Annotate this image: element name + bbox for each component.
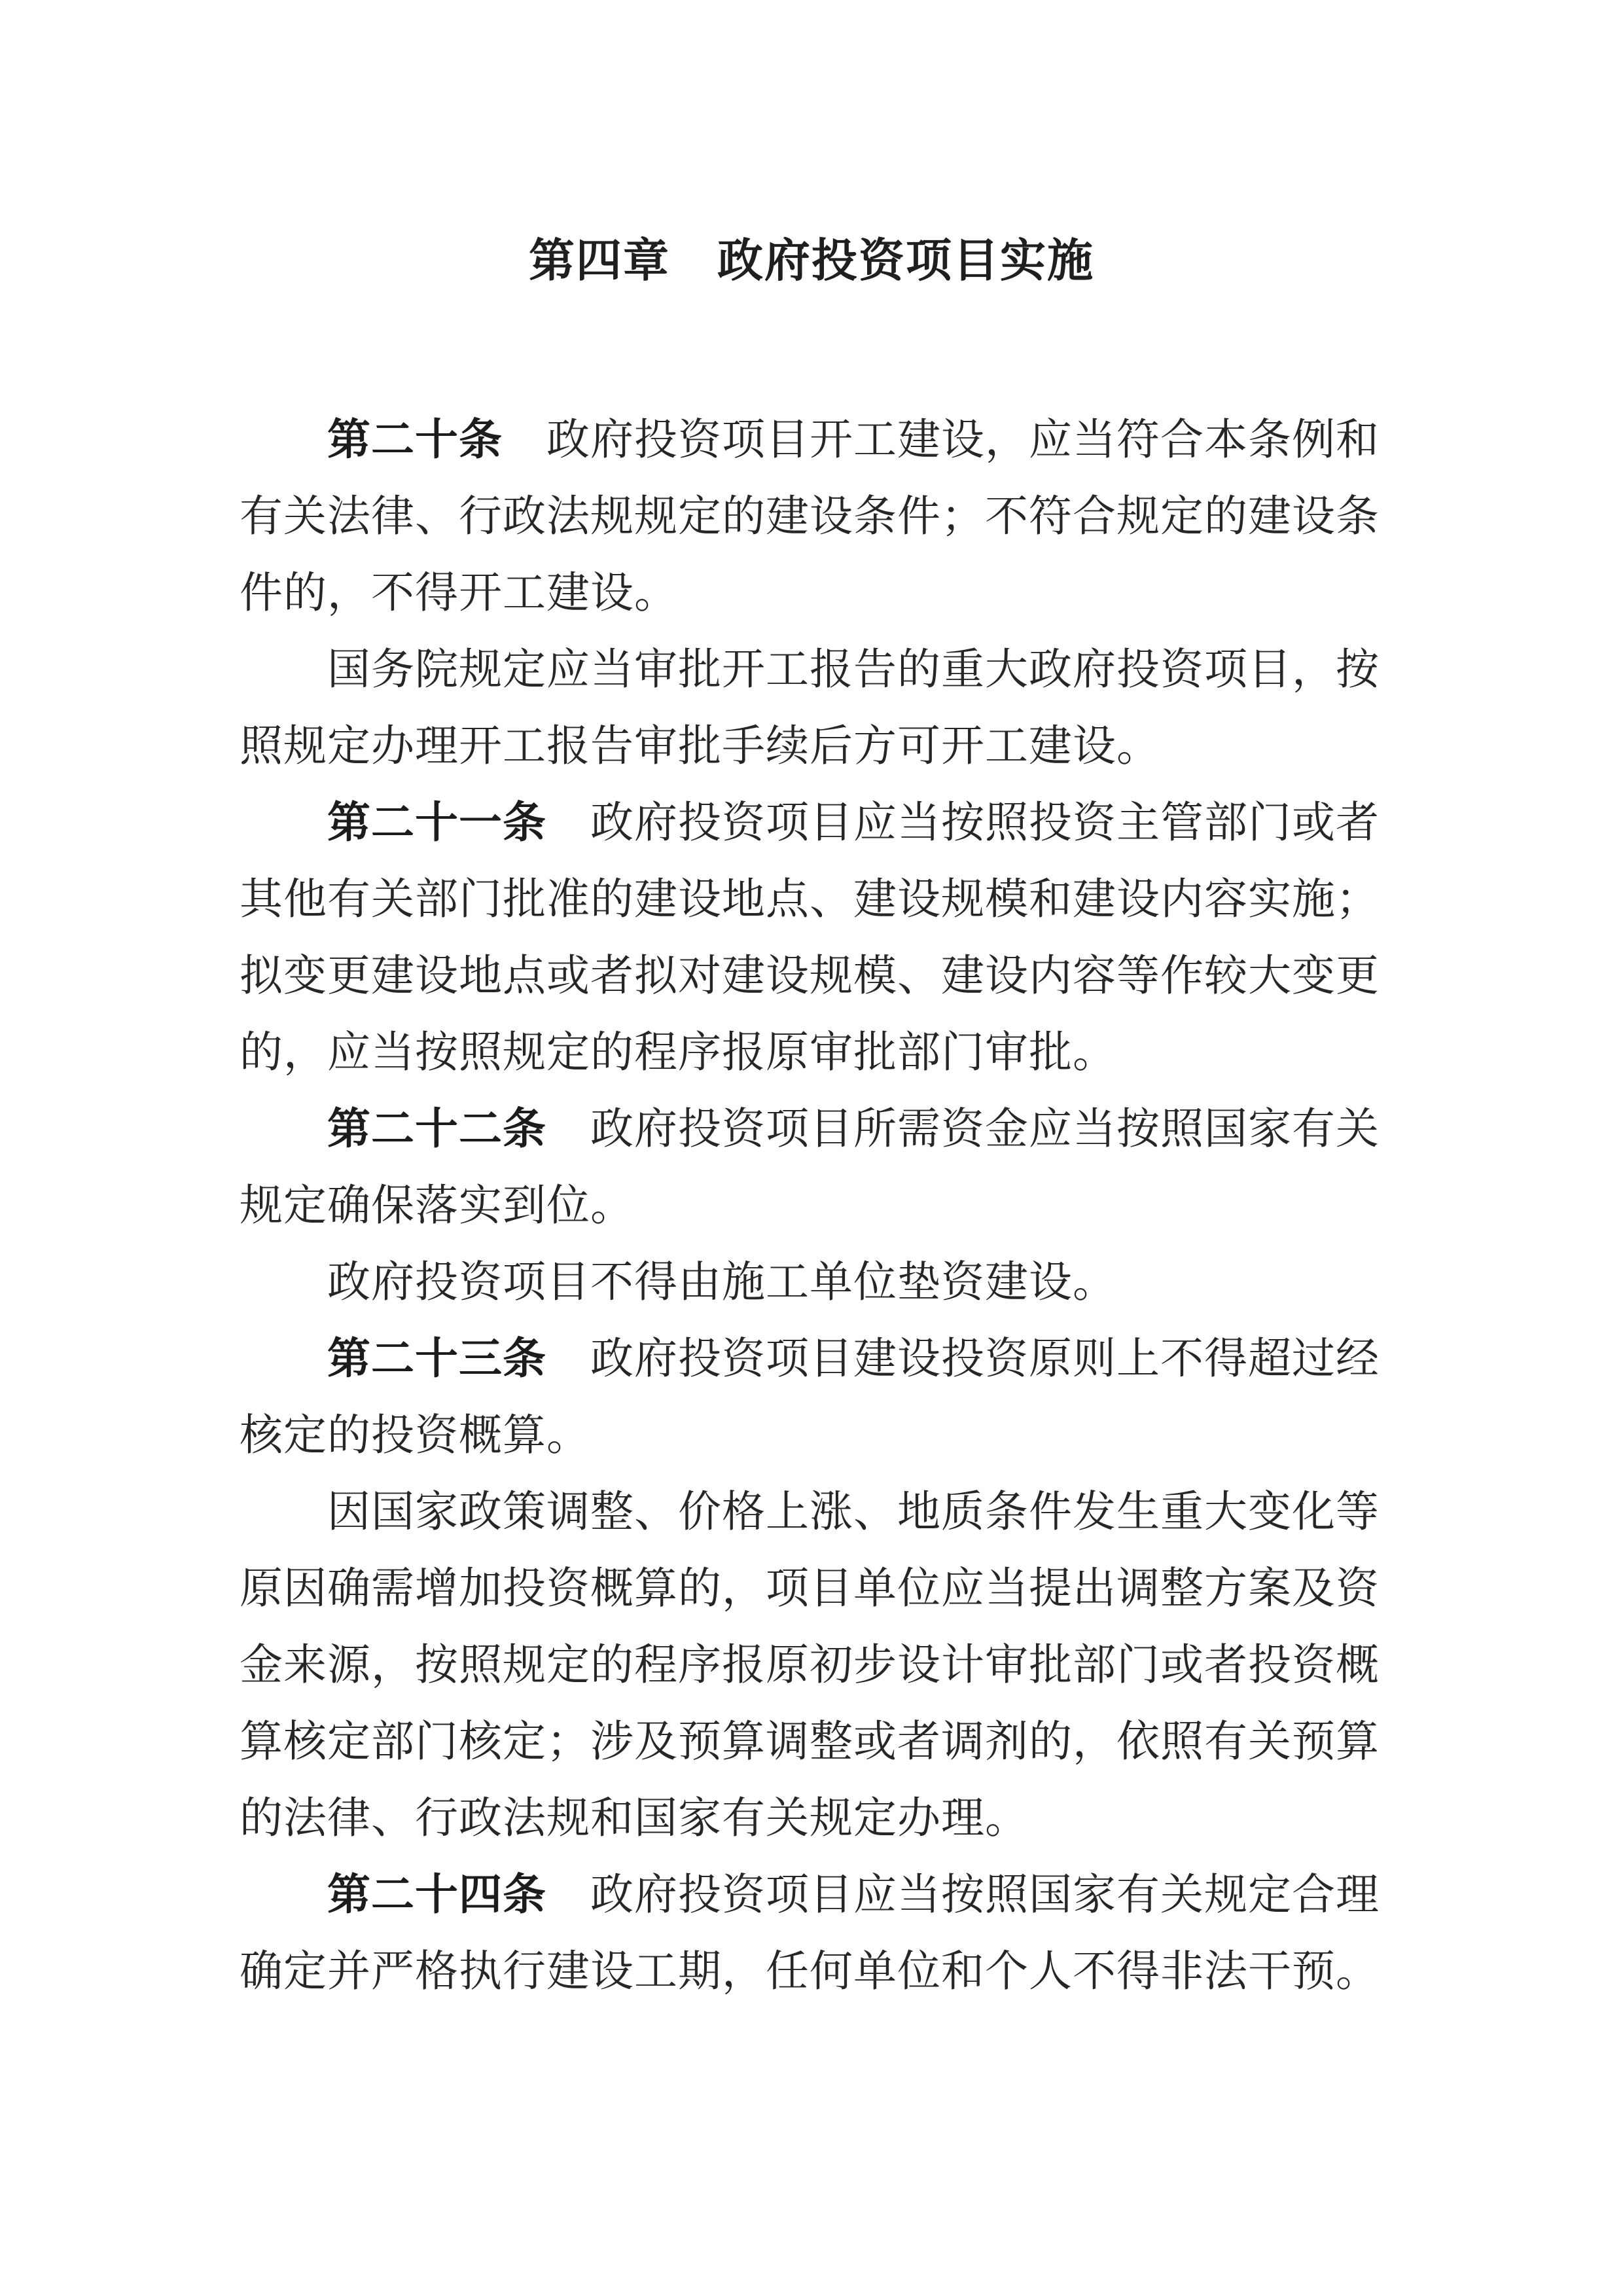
text-line: 的，应当按照规定的程序报原审批部门审批。 (240, 1014, 1383, 1091)
text-line: 照规定办理开工报告审批手续后方可开工建设。 (240, 708, 1383, 785)
body-text: 金来源，按照规定的程序报原初步设计审批部门或者投资概 (240, 1641, 1380, 1689)
text-line: 拟变更建设地点或者拟对建设规模、建设内容等作较大变更 (240, 938, 1383, 1014)
article-number-label: 第二十四条 (327, 1871, 546, 1919)
paragraph: 第二十四条 政府投资项目应当按照国家有关规定合理确定并严格执行建设工期，任何单位… (240, 1857, 1383, 2010)
text-line: 第二十四条 政府投资项目应当按照国家有关规定合理 (240, 1857, 1383, 1933)
body-text: 规定确保落实到位。 (240, 1182, 634, 1230)
paragraph: 第二十条 政府投资项目开工建设，应当符合本条例和有关法律、行政法规规定的建设条件… (240, 402, 1383, 632)
text-line: 金来源，按照规定的程序报原初步设计审批部门或者投资概 (240, 1627, 1383, 1704)
body-text: 的法律、行政法规和国家有关规定办理。 (240, 1795, 1029, 1842)
body-text (240, 1871, 327, 1919)
text-line: 第二十条 政府投资项目开工建设，应当符合本条例和 (240, 402, 1383, 478)
body-text: 政府投资项目建设投资原则上不得超过经 (546, 1335, 1380, 1383)
body-text: 确定并严格执行建设工期，任何单位和个人不得非法干预。 (240, 1948, 1380, 1996)
body-text: 政府投资项目不得由施工单位垫资建设。 (240, 1259, 1116, 1306)
text-line: 有关法律、行政法规规定的建设条件；不符合规定的建设条 (240, 478, 1383, 555)
text-line: 算核定部门核定；涉及预算调整或者调剂的，依照有关预算 (240, 1704, 1383, 1780)
article-number-label: 第二十条 (327, 416, 503, 464)
text-line: 政府投资项目不得由施工单位垫资建设。 (240, 1244, 1383, 1321)
body-text: 照规定办理开工报告审批手续后方可开工建设。 (240, 723, 1160, 770)
body-text: 的，应当按照规定的程序报原审批部门审批。 (240, 1029, 1116, 1077)
body-text: 其他有关部门批准的建设地点、建设规模和建设内容实施； (240, 876, 1380, 924)
body-text: 有关法律、行政法规规定的建设条件；不符合规定的建设条 (240, 493, 1380, 541)
body-text (240, 1335, 327, 1383)
body-text (240, 416, 327, 464)
paragraph: 第二十二条 政府投资项目所需资金应当按照国家有关规定确保落实到位。 (240, 1091, 1383, 1244)
body-text: 政府投资项目应当按照投资主管部门或者 (546, 799, 1380, 847)
text-line: 第二十一条 政府投资项目应当按照投资主管部门或者 (240, 785, 1383, 861)
body-text: 政府投资项目开工建设，应当符合本条例和 (503, 416, 1380, 464)
paragraph: 因国家政策调整、价格上涨、地质条件发生重大变化等原因确需增加投资概算的，项目单位… (240, 1474, 1383, 1857)
paragraph: 国务院规定应当审批开工报告的重大政府投资项目，按照规定办理开工报告审批手续后方可… (240, 632, 1383, 785)
body-text: 核定的投资概算。 (240, 1412, 590, 1460)
chapter-title: 第四章 政府投资项目实施 (0, 0, 1623, 291)
body-text: 因国家政策调整、价格上涨、地质条件发生重大变化等 (240, 1488, 1380, 1536)
text-line: 原因确需增加投资概算的，项目单位应当提出调整方案及资 (240, 1551, 1383, 1627)
body-text: 件的，不得开工建设。 (240, 569, 678, 617)
text-line: 的法律、行政法规和国家有关规定办理。 (240, 1780, 1383, 1857)
body-text: 算核定部门核定；涉及预算调整或者调剂的，依照有关预算 (240, 1718, 1380, 1766)
body-text: 政府投资项目所需资金应当按照国家有关 (546, 1105, 1380, 1153)
text-line: 其他有关部门批准的建设地点、建设规模和建设内容实施； (240, 861, 1383, 938)
body-text: 拟变更建设地点或者拟对建设规模、建设内容等作较大变更 (240, 952, 1380, 1000)
article-number-label: 第二十一条 (327, 799, 546, 847)
body-text: 原因确需增加投资概算的，项目单位应当提出调整方案及资 (240, 1565, 1380, 1613)
paragraph: 第二十一条 政府投资项目应当按照投资主管部门或者其他有关部门批准的建设地点、建设… (240, 785, 1383, 1091)
body-text (240, 1105, 327, 1153)
paragraph: 第二十三条 政府投资项目建设投资原则上不得超过经核定的投资概算。 (240, 1321, 1383, 1474)
document-page: 第四章 政府投资项目实施 第二十条 政府投资项目开工建设，应当符合本条例和有关法… (0, 0, 1623, 2296)
text-line: 核定的投资概算。 (240, 1397, 1383, 1474)
body-text (240, 799, 327, 847)
text-line: 因国家政策调整、价格上涨、地质条件发生重大变化等 (240, 1474, 1383, 1551)
body-text: 政府投资项目应当按照国家有关规定合理 (546, 1871, 1380, 1919)
text-line: 第二十二条 政府投资项目所需资金应当按照国家有关 (240, 1091, 1383, 1168)
body-text: 国务院规定应当审批开工报告的重大政府投资项目，按 (240, 646, 1380, 694)
text-line: 第二十三条 政府投资项目建设投资原则上不得超过经 (240, 1321, 1383, 1397)
text-line: 件的，不得开工建设。 (240, 555, 1383, 632)
article-number-label: 第二十三条 (327, 1335, 546, 1383)
text-line: 国务院规定应当审批开工报告的重大政府投资项目，按 (240, 632, 1383, 708)
text-line: 确定并严格执行建设工期，任何单位和个人不得非法干预。 (240, 1933, 1383, 2010)
article-number-label: 第二十二条 (327, 1105, 546, 1153)
document-body: 第二十条 政府投资项目开工建设，应当符合本条例和有关法律、行政法规规定的建设条件… (240, 402, 1383, 2010)
text-line: 规定确保落实到位。 (240, 1168, 1383, 1244)
paragraph: 政府投资项目不得由施工单位垫资建设。 (240, 1244, 1383, 1321)
